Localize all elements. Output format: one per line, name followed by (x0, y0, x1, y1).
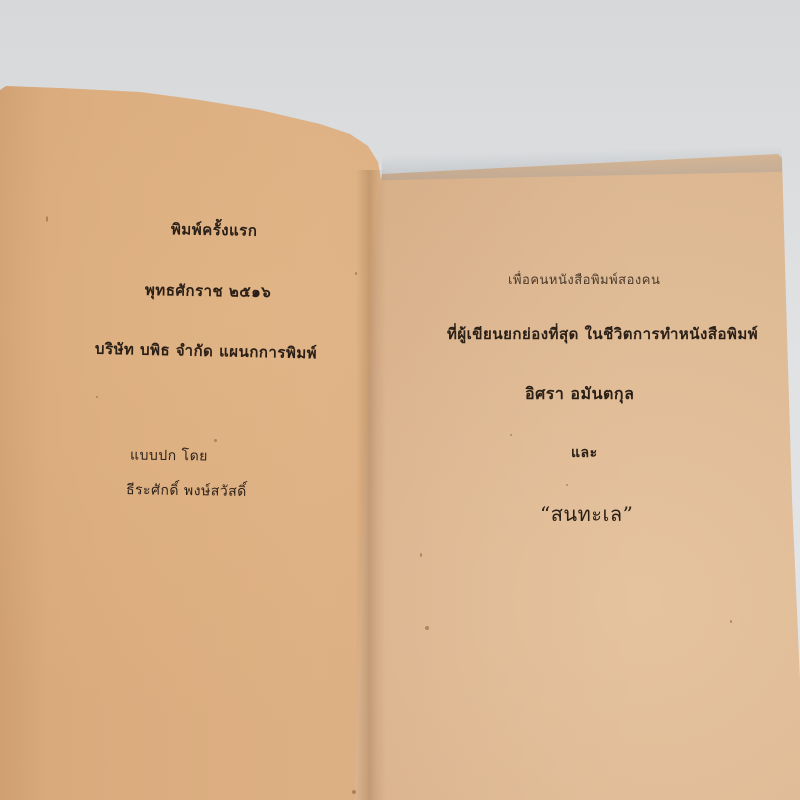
paper-speck (352, 790, 356, 794)
paper-speck (214, 439, 217, 442)
dedication-line-2: ที่ผู้เขียนยกย่องที่สุด ในชีวิตการทำหนัง… (447, 322, 758, 346)
paper-speck (730, 620, 732, 623)
dedication-line-1: เพื่อคนหนังสือพิมพ์สองคน (508, 269, 660, 290)
paper-speck (510, 434, 512, 436)
paper-speck (46, 216, 48, 222)
cover-design-label: แบบปก โดย (130, 444, 208, 467)
paper-speck (425, 626, 429, 630)
edition-text: พิมพ์ครั้งแรก (171, 217, 258, 243)
publication-year-text: พุทธศักราช ๒๕๑๖ (145, 278, 272, 304)
paper-speck (96, 396, 98, 398)
paper-speck (566, 484, 568, 486)
open-book-photo: พิมพ์ครั้งแรก พุทธศักราช ๒๕๑๖ บริษัท บพิ… (0, 0, 800, 800)
conjunction-text: และ (571, 442, 598, 464)
dedicatee-name: อิศรา อมันตกุล (525, 382, 634, 407)
publisher-text: บริษัท บพิธ จำกัด แผนกการพิมพ์ (95, 337, 318, 366)
dedicatee-nickname: “สนทะเล” (540, 498, 633, 530)
paper-speck (420, 553, 422, 557)
paper-speck (355, 272, 357, 275)
cover-designer-name: ธีระศักดิ์ พงษ์สวัสดิ์ (126, 479, 247, 503)
